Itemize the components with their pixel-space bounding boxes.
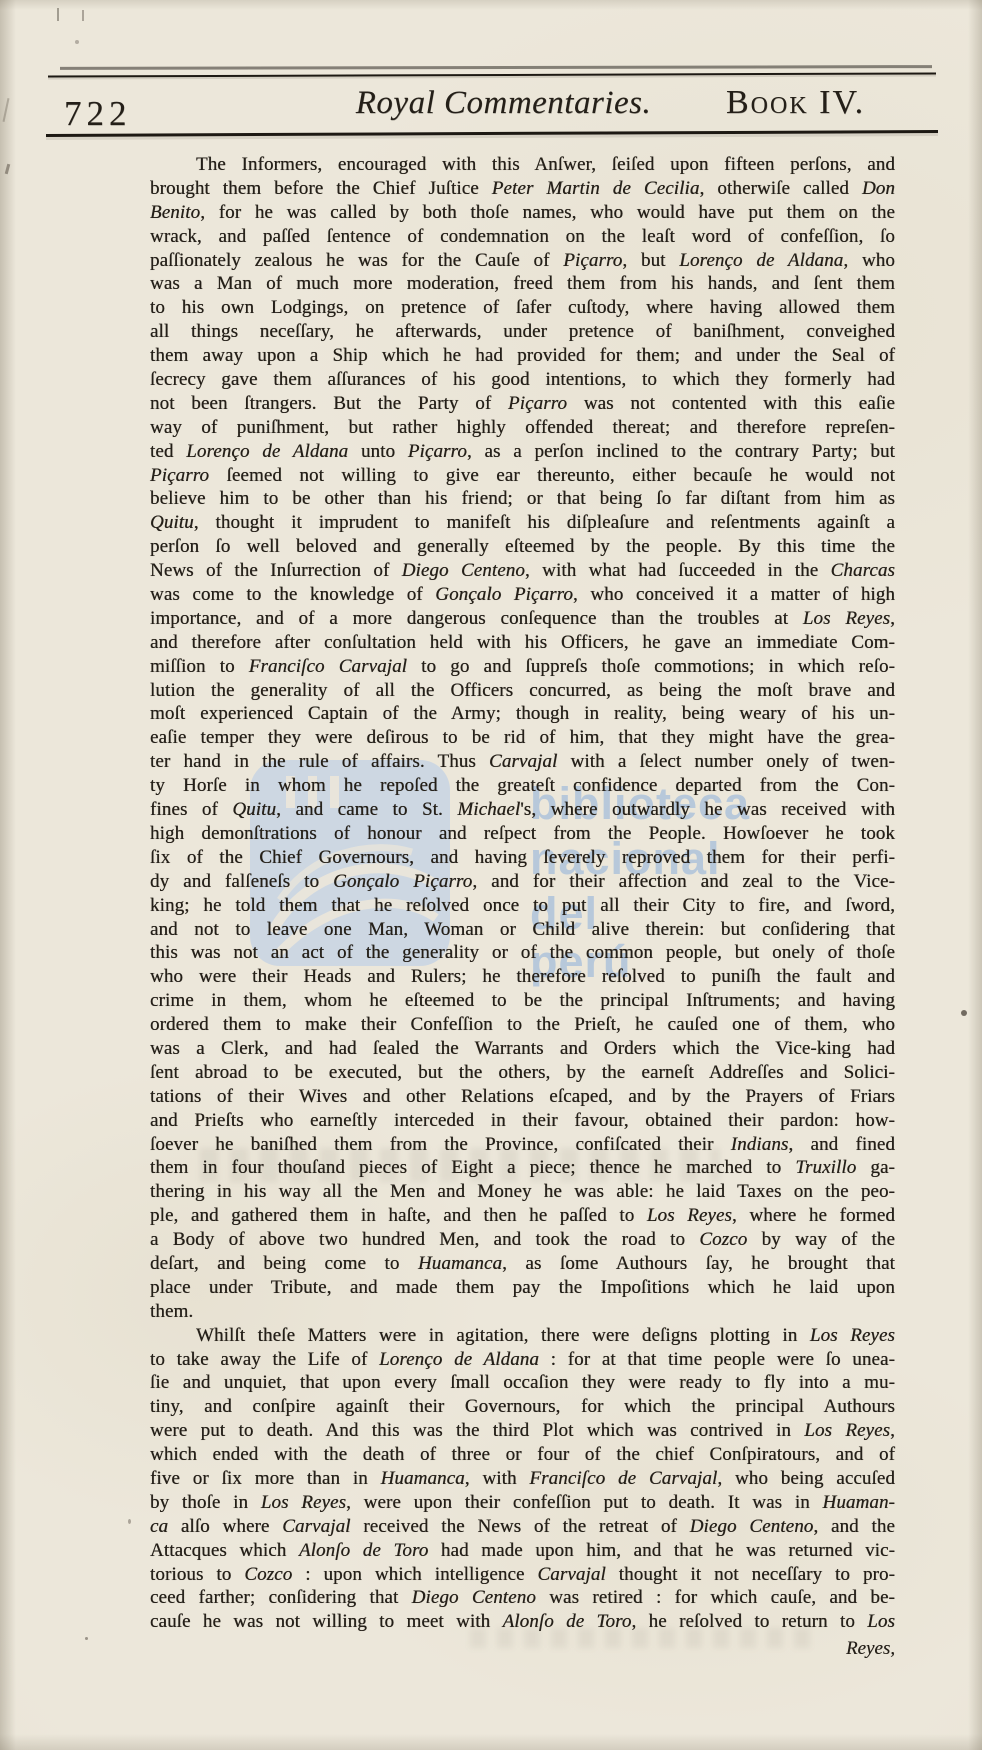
page-edge-shadow [0,0,16,1750]
text-line: to his own Lodgings, on pretence of ſafe… [150,296,895,320]
text-segment: high demonſtrations of honour and reſpec… [150,823,895,844]
text-line: brought them before the Chief Juſtice Pe… [150,177,895,201]
text-line: thering in his way all the Men and Money… [150,1180,895,1204]
text-segment: was come to the knowledge of [150,584,435,605]
text-line: was come to the knowledge of Gonçalo Piç… [150,583,895,607]
text-segment: ſie and unquiet, that upon every ſmall o… [150,1372,895,1393]
text-segment: tations of their Wives and other Relatio… [150,1086,895,1107]
text-segment: ter hand in the rule of affairs. Thus [150,751,489,772]
page-edge-shadow [0,0,982,10]
header-rule-top [48,72,936,77]
proper-noun-italic: Piçarro [563,250,622,271]
text-line: lution the generality of all the Officer… [150,679,895,703]
text-segment: The Informers, encouraged with this Anſw… [196,154,895,175]
text-line: Whilſt theſe Matters were in agitation, … [150,1324,895,1348]
proper-noun-italic: Don [862,178,895,199]
book-page: biblioteca nacional del perú 722 Royal C… [0,0,982,1750]
text-segment: way of puniſhment, but rather highly off… [150,417,895,438]
text-segment: ſent abroad to be executed, but the othe… [150,1062,895,1083]
text-segment: Whilſt theſe Matters were in agitation, … [196,1325,810,1346]
text-line: place under Tribute, and made them pay t… [150,1276,895,1300]
proper-noun-italic: Michael [457,799,520,820]
text-segment: unto [348,441,408,462]
text-segment: torious to [150,1564,244,1585]
text-segment: ty Horſe in whom he repoſed the greateſt… [150,775,895,796]
text-segment: deſart, and being come to [150,1253,418,1274]
text-segment: was retired : for which cauſe, and be- [536,1587,895,1608]
proper-noun-italic: Carvajal [489,751,557,772]
running-title: Royal Commentaries. [330,85,677,122]
text-line: by thoſe in Los Reyes, were upon their c… [150,1491,895,1515]
catchword: Reyes, [150,1637,895,1661]
text-segment: thering in his way all the Men and Money… [150,1181,895,1202]
text-line: a Body of above two hundred Men, and too… [150,1228,895,1252]
text-segment: dy and falſeneſs to [150,871,333,892]
proper-noun-italic: Lorenço de Aldana [379,1349,539,1370]
text-segment: had made upon him, and that he was retur… [428,1540,895,1561]
text-segment: paſſionately zealous he was for the Cauſ… [150,250,563,271]
proper-noun-italic: Quitu [232,799,276,820]
book-label: Book IV. [726,84,865,122]
proper-noun-italic: Diego Centeno [690,1516,814,1537]
text-segment: perſon ſo well beloved and generally eſt… [150,536,895,557]
text-line: ted Lorenço de Aldana unto Piçarro, as a… [150,440,895,464]
text-segment: ted [150,441,186,462]
text-segment: was a Clerk, and had ſealed the Warrants… [150,1038,895,1059]
text-segment: , where he formed [732,1205,895,1226]
proper-noun-italic: Franciſco Carvajal [249,656,407,677]
ink-speck [82,10,84,21]
text-line: deſart, and being come to Huamanca, as ſ… [150,1252,895,1276]
text-segment: , were upon their confeſſion put to deat… [346,1492,822,1513]
text-segment: , with what had ſucceeded in the [525,560,831,581]
proper-noun-italic: Alonſo de Toro [299,1540,428,1561]
text-segment: brought them before the Chief Juſtice [150,178,492,199]
paragraph: Whilſt theſe Matters were in agitation, … [150,1324,895,1635]
text-line: miſſion to Franciſco Carvajal to go and … [150,655,895,679]
text-line: fines of Quitu, and came to St. Michael'… [150,798,895,822]
proper-noun-italic: Los Reyes [647,1205,732,1226]
text-segment: ceed farther; conſidering that [150,1587,412,1608]
proper-noun-italic: Diego Centeno [402,560,525,581]
text-segment: eaſie temper they were deſirous to be ri… [150,727,895,748]
text-segment: was a Man of much more moderation, freed… [150,273,895,294]
proper-noun-italic: Los Reyes [810,1325,895,1346]
text-line: Piçarro ſeemed not willing to give ear t… [150,464,895,488]
proper-noun-italic: Lorenço de Aldana [679,250,843,271]
text-line: believe him to be other than his friend;… [150,487,895,511]
text-segment: , and the [813,1516,895,1537]
text-segment: , with [465,1468,530,1489]
text-segment: , thought it imprudent to manifeſt his d… [194,512,895,533]
text-segment: alſo where [168,1516,282,1537]
text-line: was a Clerk, and had ſealed the Warrants… [150,1037,895,1061]
text-line: tations of their Wives and other Relatio… [150,1085,895,1109]
text-segment: place under Tribute, and made them pay t… [150,1277,895,1298]
text-segment: thought it not neceſſary to pro- [606,1564,895,1585]
ink-speck [75,40,79,44]
text-line: paſſionately zealous he was for the Cauſ… [150,249,895,273]
page-number: 722 [64,94,132,134]
text-line: and Prieſts who earneſtly interceded in … [150,1109,895,1133]
text-segment: 's, where outwardly he was received with [520,799,895,820]
text-line: them. [150,1300,895,1324]
text-line: all things neceſſary, he afterwards, und… [150,320,895,344]
ink-speck [128,1519,131,1524]
proper-noun-italic: Alonſo de Toro [503,1611,632,1632]
text-segment: was not contented with this eaſie [567,393,895,414]
text-line: ſie and unquiet, that upon every ſmall o… [150,1371,895,1395]
ink-speck [5,164,10,174]
text-segment: king; he told them that he reſolved once… [150,895,895,916]
text-segment: cauſe he was not willing to meet with [150,1611,503,1632]
text-line: five or ſix more than in Huamanca, with … [150,1467,895,1491]
proper-noun-italic: Lorenço de Aldana [186,441,348,462]
text-segment: , as ſome Authours ſay, he brought that [502,1253,895,1274]
text-line: ple, and gathered them in haſte, and the… [150,1204,895,1228]
text-line: importance, and of a more dangerous conſ… [150,607,895,631]
text-segment: five or ſix more than in [150,1468,381,1489]
page-edge-shadow [0,1734,982,1750]
header-rule-top-echo [60,65,932,70]
text-segment: moſt experienced Captain of the Army; th… [150,703,895,724]
text-line: cauſe he was not willing to meet with Al… [150,1610,895,1634]
text-segment: , and came to St. [276,799,457,820]
text-segment: them in four thouſand pieces of Eight a … [150,1157,795,1178]
text-segment: them away upon a Ship which he had provi… [150,345,895,366]
text-segment: , and for their affection and zeal to th… [472,871,895,892]
text-segment: and therefore after conſultation held wi… [150,632,895,653]
text-line: and not to leave one Man, Woman or Child… [150,918,895,942]
text-segment: ga- [856,1157,895,1178]
proper-noun-italic: Huaman- [823,1492,895,1513]
proper-noun-italic: Piçarro [508,393,567,414]
proper-noun-italic: Los Reyes [804,1420,890,1441]
text-line: this was not an act of the generality or… [150,941,895,965]
text-segment: , and fined [788,1134,895,1155]
text-segment: which ended with the death of three or f… [150,1444,895,1465]
text-segment: , who being accuſed [717,1468,895,1489]
text-segment: by thoſe in [150,1492,261,1513]
text-segment: not been ſtrangers. But the Party of [150,393,508,414]
proper-noun-italic: Diego Centeno [412,1587,536,1608]
ink-speck [961,1010,967,1016]
text-segment: were put to death. And this was the thir… [150,1420,804,1441]
text-line: high demonſtrations of honour and reſpec… [150,822,895,846]
text-segment: , otherwiſe called [700,178,862,199]
text-segment: tiny, and conſpire againſt their Governo… [150,1396,895,1417]
text-segment: lution the generality of all the Officer… [150,680,895,701]
text-line: ceed farther; conſidering that Diego Cen… [150,1586,895,1610]
text-line: were put to death. And this was the thir… [150,1419,895,1443]
proper-noun-italic: Los Reyes [803,608,890,629]
text-line: ter hand in the rule of affairs. Thus Ca… [150,750,895,774]
proper-noun-italic: Huamanca [418,1253,502,1274]
text-segment: ſoever he baniſhed them from the Provinc… [150,1134,731,1155]
text-segment: crime in them, whom he eſteemed to be th… [150,990,895,1011]
proper-noun-italic: ca [150,1516,168,1537]
text-line: king; he told them that he reſolved once… [150,894,895,918]
text-segment: to take away the Life of [150,1349,379,1370]
proper-noun-italic: Los [867,1611,895,1632]
text-line: wrack, and paſſed ſentence of condemnati… [150,225,895,249]
text-segment: received the News of the retreat of [351,1516,690,1537]
text-block: The Informers, encouraged with this Anſw… [150,153,895,1634]
text-line: and therefore after conſultation held wi… [150,631,895,655]
text-segment: importance, and of a more dangerous conſ… [150,608,803,629]
text-segment: all things neceſſary, he afterwards, und… [150,321,895,342]
text-segment: wrack, and paſſed ſentence of condemnati… [150,226,895,247]
text-line: which ended with the death of three or f… [150,1443,895,1467]
proper-noun-italic: Franciſco de Carvajal [529,1468,717,1489]
text-line: way of puniſhment, but rather highly off… [150,416,895,440]
text-line: Quitu, thought it imprudent to manifeſt … [150,511,895,535]
header-rule-bottom [46,130,938,136]
proper-noun-italic: Gonçalo Piçarro [333,871,472,892]
text-segment: by way of the [747,1229,895,1250]
text-line: ſix of the Chief Governours, and having … [150,846,895,870]
ink-speck [85,1637,88,1640]
text-segment: believe him to be other than his friend;… [150,488,895,509]
proper-noun-italic: Los Reyes [261,1492,346,1513]
text-line: The Informers, encouraged with this Anſw… [150,153,895,177]
text-segment: ſecrecy gave them aſſurances of his good… [150,369,895,390]
text-segment: fines of [150,799,232,820]
text-segment: who were their Heads and Rulers; he ther… [150,966,895,987]
proper-noun-italic: Cozco [699,1229,747,1250]
page-edge-shadow [968,0,982,1750]
text-segment: , he reſolved to return to [631,1611,867,1632]
text-line: ſoever he baniſhed them from the Provinc… [150,1133,895,1157]
text-segment: to go and ſuppreſs thoſe commotions; in … [407,656,895,677]
text-segment: , [890,1420,895,1441]
catchword-text: Reyes, [846,1638,895,1659]
text-segment: to his own Lodgings, on pretence of ſafe… [150,297,895,318]
text-segment: Attacques which [150,1540,299,1561]
paragraph: The Informers, encouraged with this Anſw… [150,153,895,1324]
proper-noun-italic: Charcas [831,560,895,581]
proper-noun-italic: Truxillo [795,1157,856,1178]
text-segment: , for he was called by both thoſe names,… [200,202,895,223]
text-line: eaſie temper they were deſirous to be ri… [150,726,895,750]
text-segment: , who conceived it a matter of high [573,584,895,605]
proper-noun-italic: Quitu [150,512,194,533]
text-line: not been ſtrangers. But the Party of Piç… [150,392,895,416]
text-line: ſecrecy gave them aſſurances of his good… [150,368,895,392]
text-segment: and Prieſts who earneſtly interceded in … [150,1110,895,1131]
text-line: tiny, and conſpire againſt their Governo… [150,1395,895,1419]
text-segment: miſſion to [150,656,249,677]
text-line: Benito, for he was called by both thoſe … [150,201,895,225]
ink-speck [57,8,59,21]
proper-noun-italic: Carvajal [537,1564,605,1585]
text-line: Attacques which Alonſo de Toro had made … [150,1539,895,1563]
proper-noun-italic: Gonçalo Piçarro [435,584,573,605]
text-line: them in four thouſand pieces of Eight a … [150,1156,895,1180]
text-line: to take away the Life of Lorenço de Alda… [150,1348,895,1372]
text-line: crime in them, whom he eſteemed to be th… [150,989,895,1013]
text-segment: : upon which intelligence [292,1564,537,1585]
proper-noun-italic: Huamanca [381,1468,465,1489]
text-segment: a Body of above two hundred Men, and too… [150,1229,699,1250]
text-segment: ſeemed not willing to give ear thereunto… [209,465,895,486]
text-line: ſent abroad to be executed, but the othe… [150,1061,895,1085]
text-line: who were their Heads and Rulers; he ther… [150,965,895,989]
text-segment: , who [843,250,895,271]
text-line: torious to Cozco : upon which intelligen… [150,1563,895,1587]
text-line: moſt experienced Captain of the Army; th… [150,702,895,726]
proper-noun-italic: Carvajal [282,1516,350,1537]
text-line: them away upon a Ship which he had provi… [150,344,895,368]
text-segment: this was not an act of the generality or… [150,942,895,963]
text-segment: ordered them to make their Confeſſion to… [150,1014,895,1035]
text-line: ordered them to make their Confeſſion to… [150,1013,895,1037]
text-segment: , as a perſon inclined to the contrary P… [467,441,895,462]
text-segment: : for at that time people were ſo unea- [539,1349,895,1370]
proper-noun-italic: Indians [731,1134,789,1155]
text-line: perſon ſo well beloved and generally eſt… [150,535,895,559]
text-segment: them. [150,1301,193,1322]
proper-noun-italic: Benito [150,202,200,223]
text-segment: with a ſelect number onely of twen- [557,751,895,772]
proper-noun-italic: Piçarro [150,465,209,486]
text-line: was a Man of much more moderation, freed… [150,272,895,296]
text-line: ca alſo where Carvajal received the News… [150,1515,895,1539]
text-line: ty Horſe in whom he repoſed the greateſt… [150,774,895,798]
proper-noun-italic: Peter Martin de Cecilia [492,178,700,199]
text-segment: , but [622,250,679,271]
text-segment: and not to leave one Man, Woman or Child… [150,919,895,940]
text-line: dy and falſeneſs to Gonçalo Piçarro, and… [150,870,895,894]
proper-noun-italic: Piçarro [408,441,467,462]
text-line: News of the Inſurrection of Diego Centen… [150,559,895,583]
text-segment: ple, and gathered them in haſte, and the… [150,1205,647,1226]
text-segment: , [890,608,895,629]
text-segment: ſix of the Chief Governours, and having … [150,847,895,868]
ink-speck [3,98,10,122]
proper-noun-italic: Cozco [244,1564,292,1585]
text-segment: News of the Inſurrection of [150,560,402,581]
